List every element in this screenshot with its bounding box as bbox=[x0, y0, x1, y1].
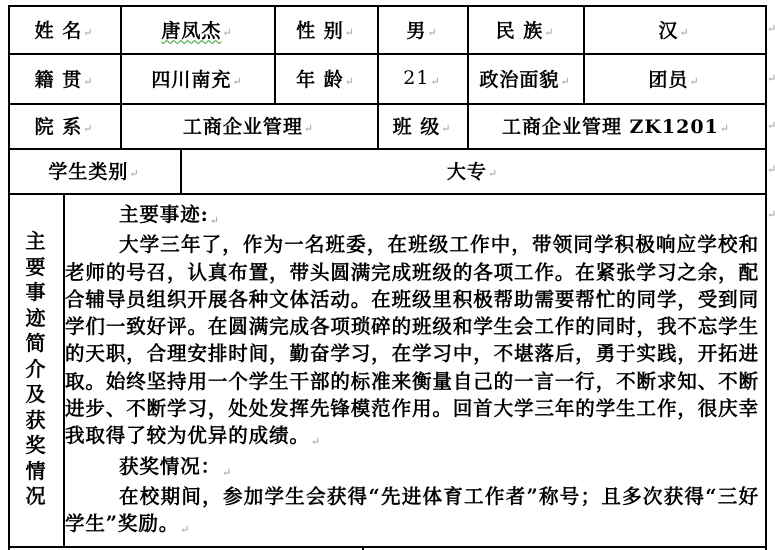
class-value[interactable]: 工商企业管理 ZK1201↵ bbox=[467, 103, 765, 148]
paragraph-mark-icon: ↵ bbox=[83, 26, 93, 39]
section-label-char: 况 bbox=[26, 484, 46, 510]
section-label-char: 要 bbox=[26, 255, 46, 281]
ethnicity-value[interactable]: 汉↵ bbox=[583, 5, 765, 53]
hometown-value[interactable]: 四川南充↵ bbox=[120, 53, 274, 103]
paragraph-mark-icon: ↵ bbox=[679, 26, 689, 39]
name-value-text: 唐凤杰 bbox=[161, 16, 221, 43]
row-end-mark-icon: ↵ bbox=[767, 163, 775, 176]
section-label-char: 介 bbox=[26, 357, 46, 383]
student-type-label-text: 学生类别 bbox=[48, 157, 128, 184]
age-value-text: 21 bbox=[403, 67, 429, 89]
political-value[interactable]: 团员↵ bbox=[583, 53, 765, 103]
section-label-char: 奖 bbox=[26, 433, 46, 459]
paragraph-mark-icon: ↵ bbox=[560, 75, 570, 88]
deeds-paragraph-text: 大学三年了，作为一名班委，在班级工作中，带领同学积极响应学校和老师的号召，认真布… bbox=[65, 233, 759, 447]
paragraph-mark-icon: ↵ bbox=[427, 26, 437, 39]
student-type-label: 学生类别↵ bbox=[8, 148, 180, 193]
paragraph-mark-icon: ↵ bbox=[345, 26, 355, 39]
paragraph-mark-icon: ↵ bbox=[232, 75, 242, 88]
section-label-char: 及 bbox=[26, 382, 46, 408]
name-label: 姓 名↵ bbox=[8, 5, 120, 53]
paragraph-mark-icon: ↵ bbox=[210, 214, 220, 227]
age-label: 年 龄↵ bbox=[274, 53, 377, 103]
political-label-text: 政治面貌 bbox=[479, 65, 559, 92]
political-label: 政治面貌↵ bbox=[467, 53, 583, 103]
paragraph-mark-icon: ↵ bbox=[430, 75, 440, 88]
section-label-char: 事 bbox=[26, 280, 46, 306]
section-label-deeds-awards: 主 要 事 迹 简 介 及 获 奖 情 况 bbox=[8, 193, 63, 546]
paragraph-mark-icon: ↵ bbox=[129, 167, 139, 180]
department-value-text: 工商企业管理 bbox=[183, 112, 303, 139]
paragraph-mark-icon: ↵ bbox=[180, 523, 190, 536]
student-type-value[interactable]: 大专↵ bbox=[180, 148, 765, 193]
row-end-mark-icon: ↵ bbox=[767, 208, 775, 221]
name-value[interactable]: 唐凤杰↵ bbox=[120, 5, 274, 53]
deeds-awards-content[interactable]: 主要事迹:↵ 大学三年了，作为一名班委，在班级工作中，带领同学积极响应学校和老师… bbox=[63, 193, 765, 546]
political-value-text: 团员 bbox=[648, 65, 688, 92]
gender-label-text: 性 别 bbox=[296, 16, 344, 43]
section-label-char: 主 bbox=[26, 229, 46, 255]
class-value-text: 工商企业管理 ZK1201 bbox=[502, 112, 719, 139]
deeds-paragraph: 大学三年了，作为一名班委，在班级工作中，带领同学积极响应学校和老师的号召，认真布… bbox=[65, 231, 759, 452]
awards-heading: 获奖情况：↵ bbox=[119, 453, 759, 483]
section-label-char: 情 bbox=[26, 459, 46, 485]
name-label-text: 姓 名 bbox=[35, 16, 83, 43]
section-label-char: 迹 bbox=[26, 306, 46, 332]
awards-heading-text: 获奖情况： bbox=[119, 455, 221, 478]
paragraph-mark-icon: ↵ bbox=[311, 435, 321, 448]
class-label-text: 班 级 bbox=[393, 112, 441, 139]
department-label: 院 系↵ bbox=[8, 103, 120, 148]
paragraph-mark-icon: ↵ bbox=[720, 122, 730, 135]
row-end-mark-icon: ↵ bbox=[767, 119, 775, 132]
paragraph-mark-icon: ↵ bbox=[345, 75, 355, 88]
ethnicity-value-text: 汉 bbox=[658, 16, 678, 43]
class-label: 班 级↵ bbox=[377, 103, 467, 148]
paragraph-mark-icon: ↵ bbox=[544, 26, 554, 39]
col-line-362-bottom bbox=[362, 546, 364, 550]
row-end-mark-icon: ↵ bbox=[767, 72, 775, 85]
ethnicity-label-text: 民 族 bbox=[496, 16, 544, 43]
border-row5-bottom bbox=[8, 546, 766, 548]
gender-label: 性 别↵ bbox=[274, 5, 377, 53]
paragraph-mark-icon: ↵ bbox=[83, 75, 93, 88]
department-value[interactable]: 工商企业管理↵ bbox=[120, 103, 377, 148]
age-value[interactable]: 21↵ bbox=[377, 53, 467, 103]
border-right bbox=[765, 5, 767, 550]
hometown-value-text: 四川南充 bbox=[151, 65, 231, 92]
age-label-text: 年 龄 bbox=[296, 65, 344, 92]
deeds-heading: 主要事迹:↵ bbox=[119, 201, 759, 231]
paragraph-mark-icon: ↵ bbox=[441, 122, 451, 135]
paragraph-mark-icon: ↵ bbox=[222, 26, 232, 39]
deeds-heading-text: 主要事迹: bbox=[119, 203, 209, 226]
gender-value-text: 男 bbox=[406, 16, 426, 43]
paragraph-mark-icon: ↵ bbox=[304, 122, 314, 135]
awards-paragraph: 在校期间，参加学生会获得“先进体育工作者”称号；且多次获得“三好学生”奖励。↵ bbox=[65, 483, 759, 541]
student-type-value-text: 大专 bbox=[447, 157, 487, 184]
section-label-char: 获 bbox=[26, 408, 46, 434]
ethnicity-label: 民 族↵ bbox=[467, 5, 583, 53]
row-end-mark-icon: ↵ bbox=[767, 22, 775, 35]
paragraph-mark-icon: ↵ bbox=[488, 167, 498, 180]
paragraph-mark-icon: ↵ bbox=[83, 122, 93, 135]
section-label-char: 简 bbox=[26, 331, 46, 357]
awards-paragraph-text: 在校期间，参加学生会获得“先进体育工作者”称号；且多次获得“三好学生”奖励。 bbox=[65, 485, 759, 535]
paragraph-mark-icon: ↵ bbox=[222, 466, 232, 479]
paragraph-mark-icon: ↵ bbox=[689, 75, 699, 88]
hometown-label: 籍 贯↵ bbox=[8, 53, 120, 103]
department-label-text: 院 系 bbox=[35, 112, 83, 139]
gender-value[interactable]: 男↵ bbox=[377, 5, 467, 53]
hometown-label-text: 籍 贯 bbox=[35, 65, 83, 92]
